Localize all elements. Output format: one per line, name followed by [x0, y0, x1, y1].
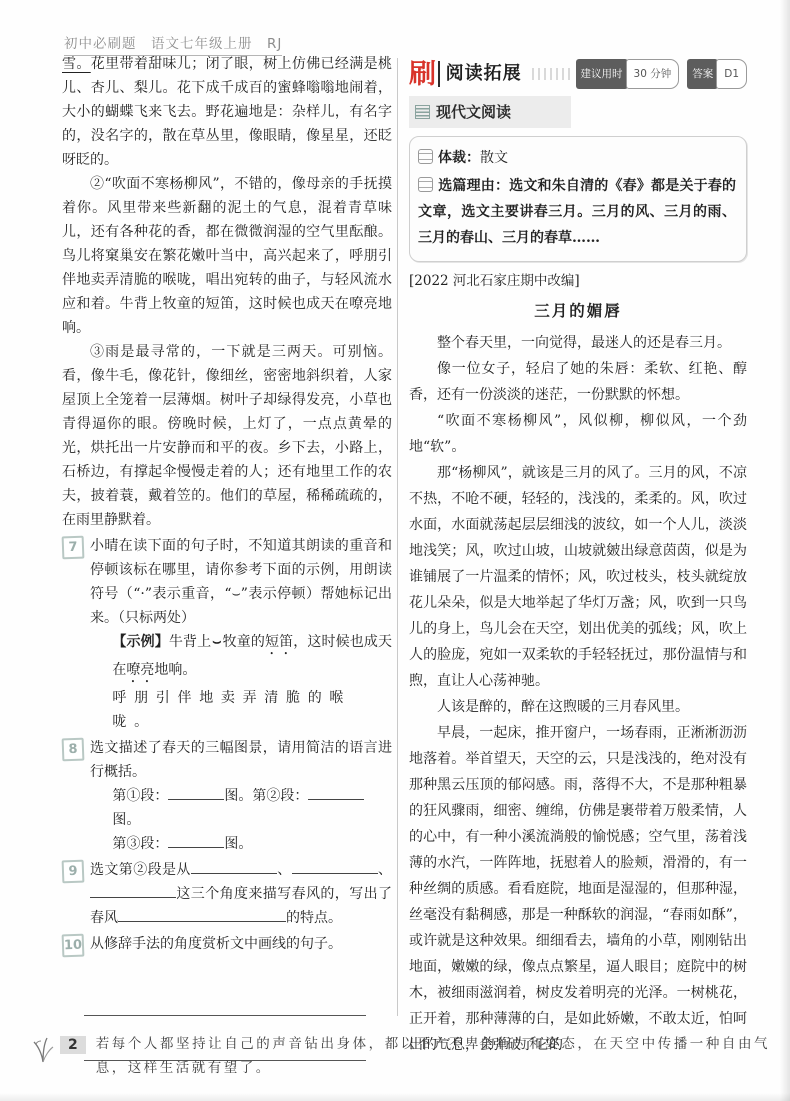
question-9-body: 选文第②段是从、、这三个角度来描写春风的，写出了春风的特点。: [90, 858, 392, 930]
question-10-body: 从修辞手法的角度赏析文中画线的句子。: [90, 932, 392, 957]
fill-text: 的特点。: [286, 910, 342, 926]
question-10-stem: 从修辞手法的角度赏析文中画线的句子。: [90, 932, 392, 956]
essay-paragraph-3: “吹面不寒杨柳风”，风似柳，柳似风，一个劲地“软”。: [409, 408, 747, 460]
answer-label: 答案: [687, 59, 718, 89]
underlined-text: 雪。: [62, 56, 91, 72]
subsection-header: 现代文阅读: [409, 96, 571, 128]
passage-paragraph-1: 雪。花里带着甜味儿；闭了眼，树上仿佛已经满是桃儿、杏儿、梨儿。花下成千成百的蜜蜂…: [62, 52, 392, 172]
fill-text: 、: [378, 862, 392, 878]
brush-logo-icon: 刷: [409, 61, 436, 88]
page-footer: 2 若每个人都坚持让自己的声音钻出身体，都以不亢不卑的行为和姿态，在天空中传播一…: [30, 1032, 770, 1080]
fill-text: 第①段：: [112, 788, 168, 804]
reason-icon: [418, 177, 433, 192]
question-7-number: 7: [62, 536, 85, 560]
example-text: 牛背上: [169, 634, 211, 650]
question-7-stem: 小晴在读下面的句子时，不知道其朗读的重音和停顿该标在哪里，请你参考下面的示例，用…: [90, 534, 392, 630]
answer-line: [84, 971, 366, 1016]
question-8-body: 选文描述了春天的三幅图景，请用简洁的语言进行概括。 第①段：图。第②段：图。 第…: [90, 736, 392, 856]
exam-source: [2022 河北石家庄期中改编]: [409, 268, 747, 294]
question-10: 10 从修辞手法的角度赏析文中画线的句子。: [62, 932, 392, 957]
paragraph-text: 花里带着甜味儿；闭了眼，树上仿佛已经满是桃儿、杏儿、梨儿。花下成千成百的蜜蜂嗡嗡…: [62, 56, 392, 168]
answer-blank: [168, 833, 224, 848]
question-7-example: 【示例】牛背上⌣牧童的短笛，这时候也成天在嘹亮地响。: [112, 630, 392, 686]
answer-page-badge: 答案D1: [687, 59, 747, 89]
info-box: 体裁：散文 选篇理由：选文和朱自清的《春》都是关于春的文章，选文主要讲春三月。三…: [409, 136, 747, 262]
essay-paragraph-1: 整个春天里，一向觉得，最迷人的还是春三月。: [409, 330, 747, 356]
example-text: 地响。: [154, 662, 196, 678]
book-title: 初中必刷题 语文七年级上册 RJ: [64, 36, 282, 52]
genre-label: 体裁：: [438, 150, 480, 166]
question-7: 7 小晴在读下面的句子时，不知道其朗读的重音和停顿该标在哪里，请你参考下面的示例…: [62, 534, 392, 734]
left-column: 雪。花里带着甜味儿；闭了眼，树上仿佛已经满是桃儿、杏儿、梨儿。花下成千成百的蜜蜂…: [62, 52, 392, 1061]
answer-blank: [308, 785, 364, 800]
answer-blank: [168, 785, 224, 800]
question-8: 8 选文描述了春天的三幅图景，请用简洁的语言进行概括。 第①段：图。第②段：图。…: [62, 736, 392, 856]
question-10-number: 10: [62, 934, 85, 958]
essay-title: 三月的媚唇: [409, 298, 747, 324]
workbook-page: 初中必刷题 语文七年级上册 RJ 雪。花里带着甜味儿；闭了眼，树上仿佛已经满是桃…: [0, 0, 790, 1101]
essay-paragraph-2: 像一位女子，轻启了她的朱唇：柔软、红艳、醇香，还有一份淡淡的迷茫，一份默默的怀想…: [409, 356, 747, 408]
essay-paragraph-6: 早晨，一起床，推开窗户，一场春雨，正淅淅沥沥地落着。举首望天，天空的云，只是浅浅…: [409, 720, 747, 1058]
answer-page-value: D1: [716, 59, 747, 89]
question-7-body: 小晴在读下面的句子时，不知道其朗读的重音和停顿该标在哪里，请你参考下面的示例，用…: [90, 534, 392, 734]
essay-paragraph-5: 人该是醉的，醉在这煦暖的三月春风里。: [409, 694, 747, 720]
subsection-title: 现代文阅读: [436, 99, 511, 125]
answer-blank: [90, 883, 176, 898]
question-7-target-sentence: 呼朋引伴地卖弄清脆的喉咙。: [112, 686, 392, 734]
question-9: 9 选文第②段是从、、这三个角度来描写春风的，写出了春风的特点。: [62, 858, 392, 930]
page-edge-right: [780, 0, 790, 1101]
genre-row: 体裁：散文: [418, 145, 736, 171]
question-8-fill-line-1: 第①段：图。第②段：图。: [112, 784, 392, 832]
fill-text: 第③段：: [112, 836, 168, 852]
question-8-stem: 选文描述了春天的三幅图景，请用简洁的语言进行概括。: [90, 736, 392, 784]
fill-text: 图。: [112, 812, 140, 828]
stress-marked-text: 短笛: [265, 634, 293, 650]
reason-label: 选篇理由：: [438, 178, 509, 194]
suggested-time-value: 30 分钟: [626, 59, 680, 89]
section-title: 阅读拓展: [446, 61, 522, 87]
stripes-decoration-icon: [532, 68, 570, 80]
genre-icon: [418, 149, 433, 164]
fill-text: 图。第②段：: [224, 788, 308, 804]
logo-divider-bar: [438, 61, 440, 87]
answer-blank: [292, 859, 378, 874]
passage-paragraph-3: ③雨是最寻常的，一下就是三两天。可别恼。看，像牛毛，像花针，像细丝，密密地斜织着…: [62, 340, 392, 532]
fill-text: 图。: [224, 836, 252, 852]
grass-icon: [30, 1034, 56, 1064]
footer-quote: 若每个人都坚持让自己的声音钻出身体，都以不亢不卑的行为和姿态，在天空中传播一种自…: [96, 1032, 770, 1080]
question-8-number: 8: [62, 738, 85, 762]
reason-row: 选篇理由：选文和朱自清的《春》都是关于春的文章，选文主要讲春三月。三月的风、三月…: [418, 173, 736, 251]
example-text: 牧童的: [223, 634, 266, 650]
fill-text: 选文第②段是从: [90, 862, 191, 878]
essay-paragraph-4: 那“杨柳风”，就该是三月的风了。三月的风，不凉不热，不呛不硬，轻轻的，浅浅的，柔…: [409, 460, 747, 694]
pause-mark-icon: ⌣: [211, 634, 222, 650]
suggested-time-label: 建议用时: [576, 59, 628, 89]
answer-blank: [191, 859, 277, 874]
page-number: 2: [60, 1036, 86, 1054]
right-column: 刷 阅读拓展 建议用时30 分钟 答案D1 现代文阅读 体裁：散文 选篇理由：选…: [409, 56, 747, 1058]
question-9-number: 9: [62, 860, 85, 884]
section-header: 刷 阅读拓展 建议用时30 分钟 答案D1: [409, 56, 747, 92]
fill-text: 、: [277, 862, 292, 878]
section-badges: 建议用时30 分钟 答案D1: [576, 59, 747, 89]
example-label: 【示例】: [112, 634, 169, 650]
stress-marked-text: 嘹亮: [126, 662, 154, 678]
list-icon: [415, 105, 430, 119]
suggested-time-badge: 建议用时30 分钟: [576, 59, 680, 89]
answer-blank: [118, 907, 286, 922]
page-edge-bottom: [0, 1093, 790, 1101]
genre-value: 散文: [480, 150, 508, 166]
passage-paragraph-2: ②“吹面不寒杨柳风”，不错的，像母亲的手抚摸着你。风里带来些新翻的泥土的气息，混…: [62, 172, 392, 340]
question-8-fill-line-2: 第③段：图。: [112, 832, 392, 856]
column-divider: [397, 58, 398, 1016]
